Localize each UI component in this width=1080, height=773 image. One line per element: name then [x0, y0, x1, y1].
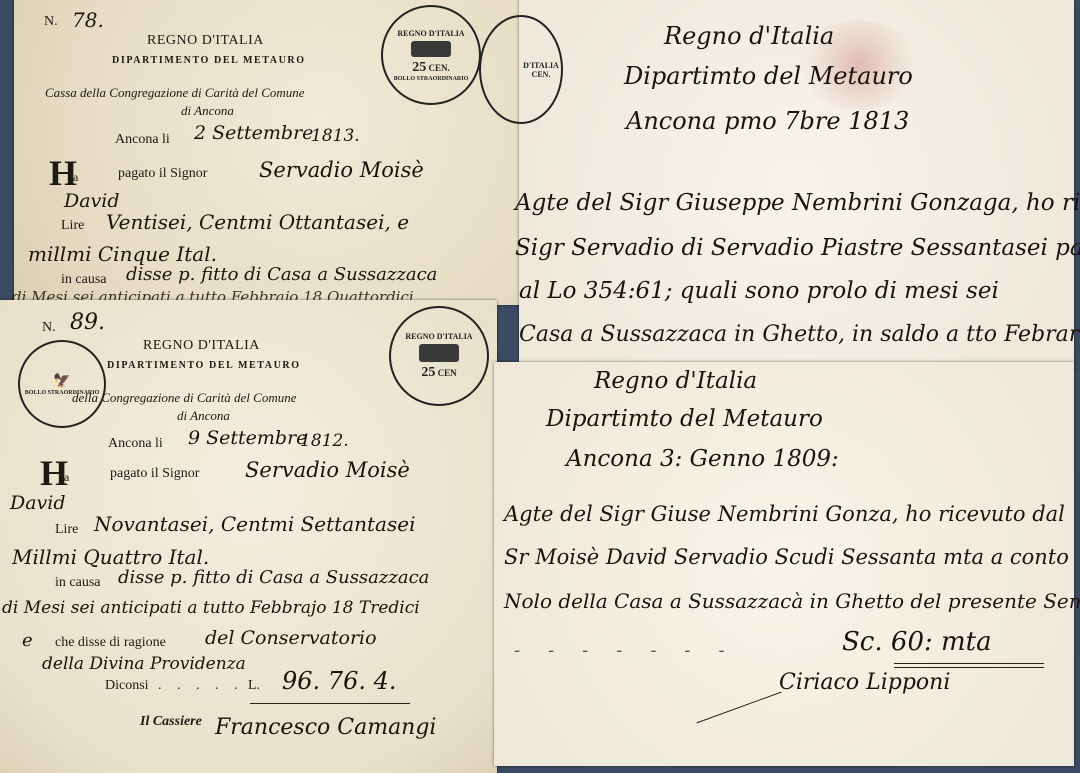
lire-label: Lire: [61, 218, 84, 234]
tax-stamp-25-cent: REGNO D'ITALIA 25 CEN: [389, 306, 489, 406]
crown-emblem-icon: [411, 41, 451, 57]
crown-emblem-icon: [419, 344, 459, 362]
date-prefix: Ancona li: [108, 436, 163, 452]
receipt-number-label: N.: [42, 320, 56, 336]
receipt-89: N. 89. REGNO D'ITALIA DIPARTIMENTO DEL M…: [0, 300, 497, 773]
cause-text: disse p. fitto di Casa a Sussazzaca: [126, 264, 437, 285]
stamp-value: 25: [412, 60, 426, 75]
institution-line-2: di Ancona: [177, 408, 230, 424]
payer-name-line-1: Servadio Moisè: [245, 458, 410, 482]
payer-name-line-2: David: [64, 190, 120, 212]
tax-stamp-partial: D'ITALIA CEN.: [479, 15, 563, 124]
reason-prefix: e: [22, 630, 33, 651]
department-heading: DIPARTIMENTO DEL METAURO: [107, 360, 301, 371]
cause-label: in causa: [55, 575, 100, 591]
institution-line-1: Cassa della Congregazione di Carità del …: [45, 85, 305, 101]
letter-body-line-2: Sigr Servadio di Servadio Piastre Sessan…: [515, 235, 1080, 261]
amount-underline-2: [894, 667, 1044, 668]
receipt-number-label: N.: [44, 14, 58, 30]
date-year: 1813.: [311, 126, 360, 146]
date-prefix: Ancona li: [115, 132, 170, 148]
total-underline: [250, 703, 410, 704]
reason-text: del Conservatorio: [205, 627, 377, 649]
reason-label: che disse di ragione: [55, 635, 166, 651]
letter-body-line-3: Nolo della Casa a Sussazzacà in Ghetto d…: [504, 589, 1080, 613]
date-day-month: 9 Settembre: [188, 427, 307, 449]
letter-body-line-4: Casa a Sussazzaca in Ghetto, in saldo a …: [519, 322, 1080, 347]
reason-line-2: della Divina Providenza: [42, 654, 246, 674]
letter-date: Ancona pmo 7bre 1813: [626, 107, 909, 135]
stamp-text: D'ITALIA: [523, 61, 559, 70]
payer-name-line-1: Servadio Moisè: [259, 158, 424, 182]
kingdom-heading: REGNO D'ITALIA: [147, 33, 264, 49]
stamp-unit: CEN.: [428, 63, 449, 73]
letter-body-line-2: Sr Moisè David Servadio Scudi Sessanta m…: [504, 545, 1069, 569]
paid-initial-rest: a: [64, 470, 69, 485]
letter-heading-department: Dipartimto del Metauro: [546, 406, 823, 432]
cashier-signature: Francesco Camangi: [215, 715, 436, 740]
stamp-value: 25: [421, 365, 435, 380]
eagle-stamp: 🦅 BOLLO STRAORDINARIO: [18, 340, 106, 428]
date-year: 1812.: [300, 431, 349, 451]
handwritten-receipt-1809: Regno d'Italia Dipartimto del Metauro An…: [494, 362, 1074, 766]
amount-words-line-2: millmi Cinque Ital.: [28, 242, 217, 266]
institution-line-2: di Ancona: [181, 103, 234, 119]
paid-label: pagato il Signor: [118, 166, 207, 182]
letter-heading-kingdom: Regno d'Italia: [594, 368, 757, 394]
cause-label: in causa: [61, 272, 106, 288]
stamp-unit: CEN.: [532, 70, 551, 79]
handwritten-receipt-1813: D'ITALIA CEN. Regno d'Italia Dipartimto …: [519, 0, 1074, 372]
cause-text: disse p. fitto di Casa a Sussazzaca: [118, 567, 429, 588]
total-currency: L.: [248, 678, 260, 694]
stamp-bottom-text: BOLLO STRAORDINARIO: [394, 76, 469, 82]
stamp-text: BOLLO STRAORDINARIO: [25, 390, 100, 396]
tax-stamp-25-cent: REGNO D'ITALIA 25 CEN. BOLLO STRAORDINAR…: [381, 5, 481, 105]
receipt-78: N. 78. REGNO D'ITALIA DIPARTIMENTO DEL M…: [14, 0, 524, 305]
total-dots: . . . . .: [158, 678, 244, 694]
kingdom-heading: REGNO D'ITALIA: [143, 338, 260, 354]
payer-name-line-2: David: [10, 492, 66, 514]
total-value: 96. 76. 4.: [282, 667, 397, 695]
institution-line-1: della Congregazione di Carità del Comune: [72, 390, 296, 406]
stamp-unit: CEN: [438, 368, 457, 378]
stamp-top-text: REGNO D'ITALIA: [405, 332, 472, 341]
amount-underline: [894, 663, 1044, 664]
lire-label: Lire: [55, 522, 78, 538]
amount-words-line-1: Ventisei, Centmi Ottantasei, e: [106, 210, 409, 234]
amount-words-line-1: Novantasei, Centmi Settantasei: [94, 512, 415, 536]
letter-body-line-3: al Lo 354:61; quali sono prolo di mesi s…: [519, 278, 999, 304]
receipt-number: 89.: [70, 310, 105, 335]
eagle-icon: 🦅: [53, 373, 70, 390]
date-day-month: 2 Settembre: [194, 122, 313, 144]
letter-heading-department: Dipartimto del Metauro: [624, 62, 913, 90]
department-heading: DIPARTIMENTO DEL METAURO: [112, 55, 306, 66]
letter-body-line-1: Agte del Sigr Giuseppe Nembrini Gonzaga,…: [515, 190, 1080, 216]
stamp-top-text: REGNO D'ITALIA: [397, 29, 464, 38]
cashier-label: Il Cassiere: [140, 714, 202, 730]
receipt-number: 78.: [72, 8, 104, 32]
letter-date: Ancona 3: Genno 1809:: [566, 446, 839, 472]
letter-signature: Ciriaco Lipponi: [779, 670, 950, 695]
letter-heading-kingdom: Regno d'Italia: [664, 22, 834, 50]
total-label: Diconsi: [105, 678, 149, 694]
amount-words-line-2: Millmi Quattro Ital.: [12, 545, 209, 569]
letter-amount: Sc. 60: mta: [842, 627, 992, 657]
paid-initial-rest: a: [73, 170, 78, 185]
paid-label: pagato il Signor: [110, 466, 199, 482]
amount-leader-dashes: -------: [514, 640, 753, 661]
signature-flourish: [697, 692, 782, 724]
cause-line-2: di Mesi sei anticipati a tutto Febbrajo …: [2, 598, 420, 618]
letter-body-line-1: Agte del Sigr Giuse Nembrini Gonza, ho r…: [504, 502, 1065, 526]
